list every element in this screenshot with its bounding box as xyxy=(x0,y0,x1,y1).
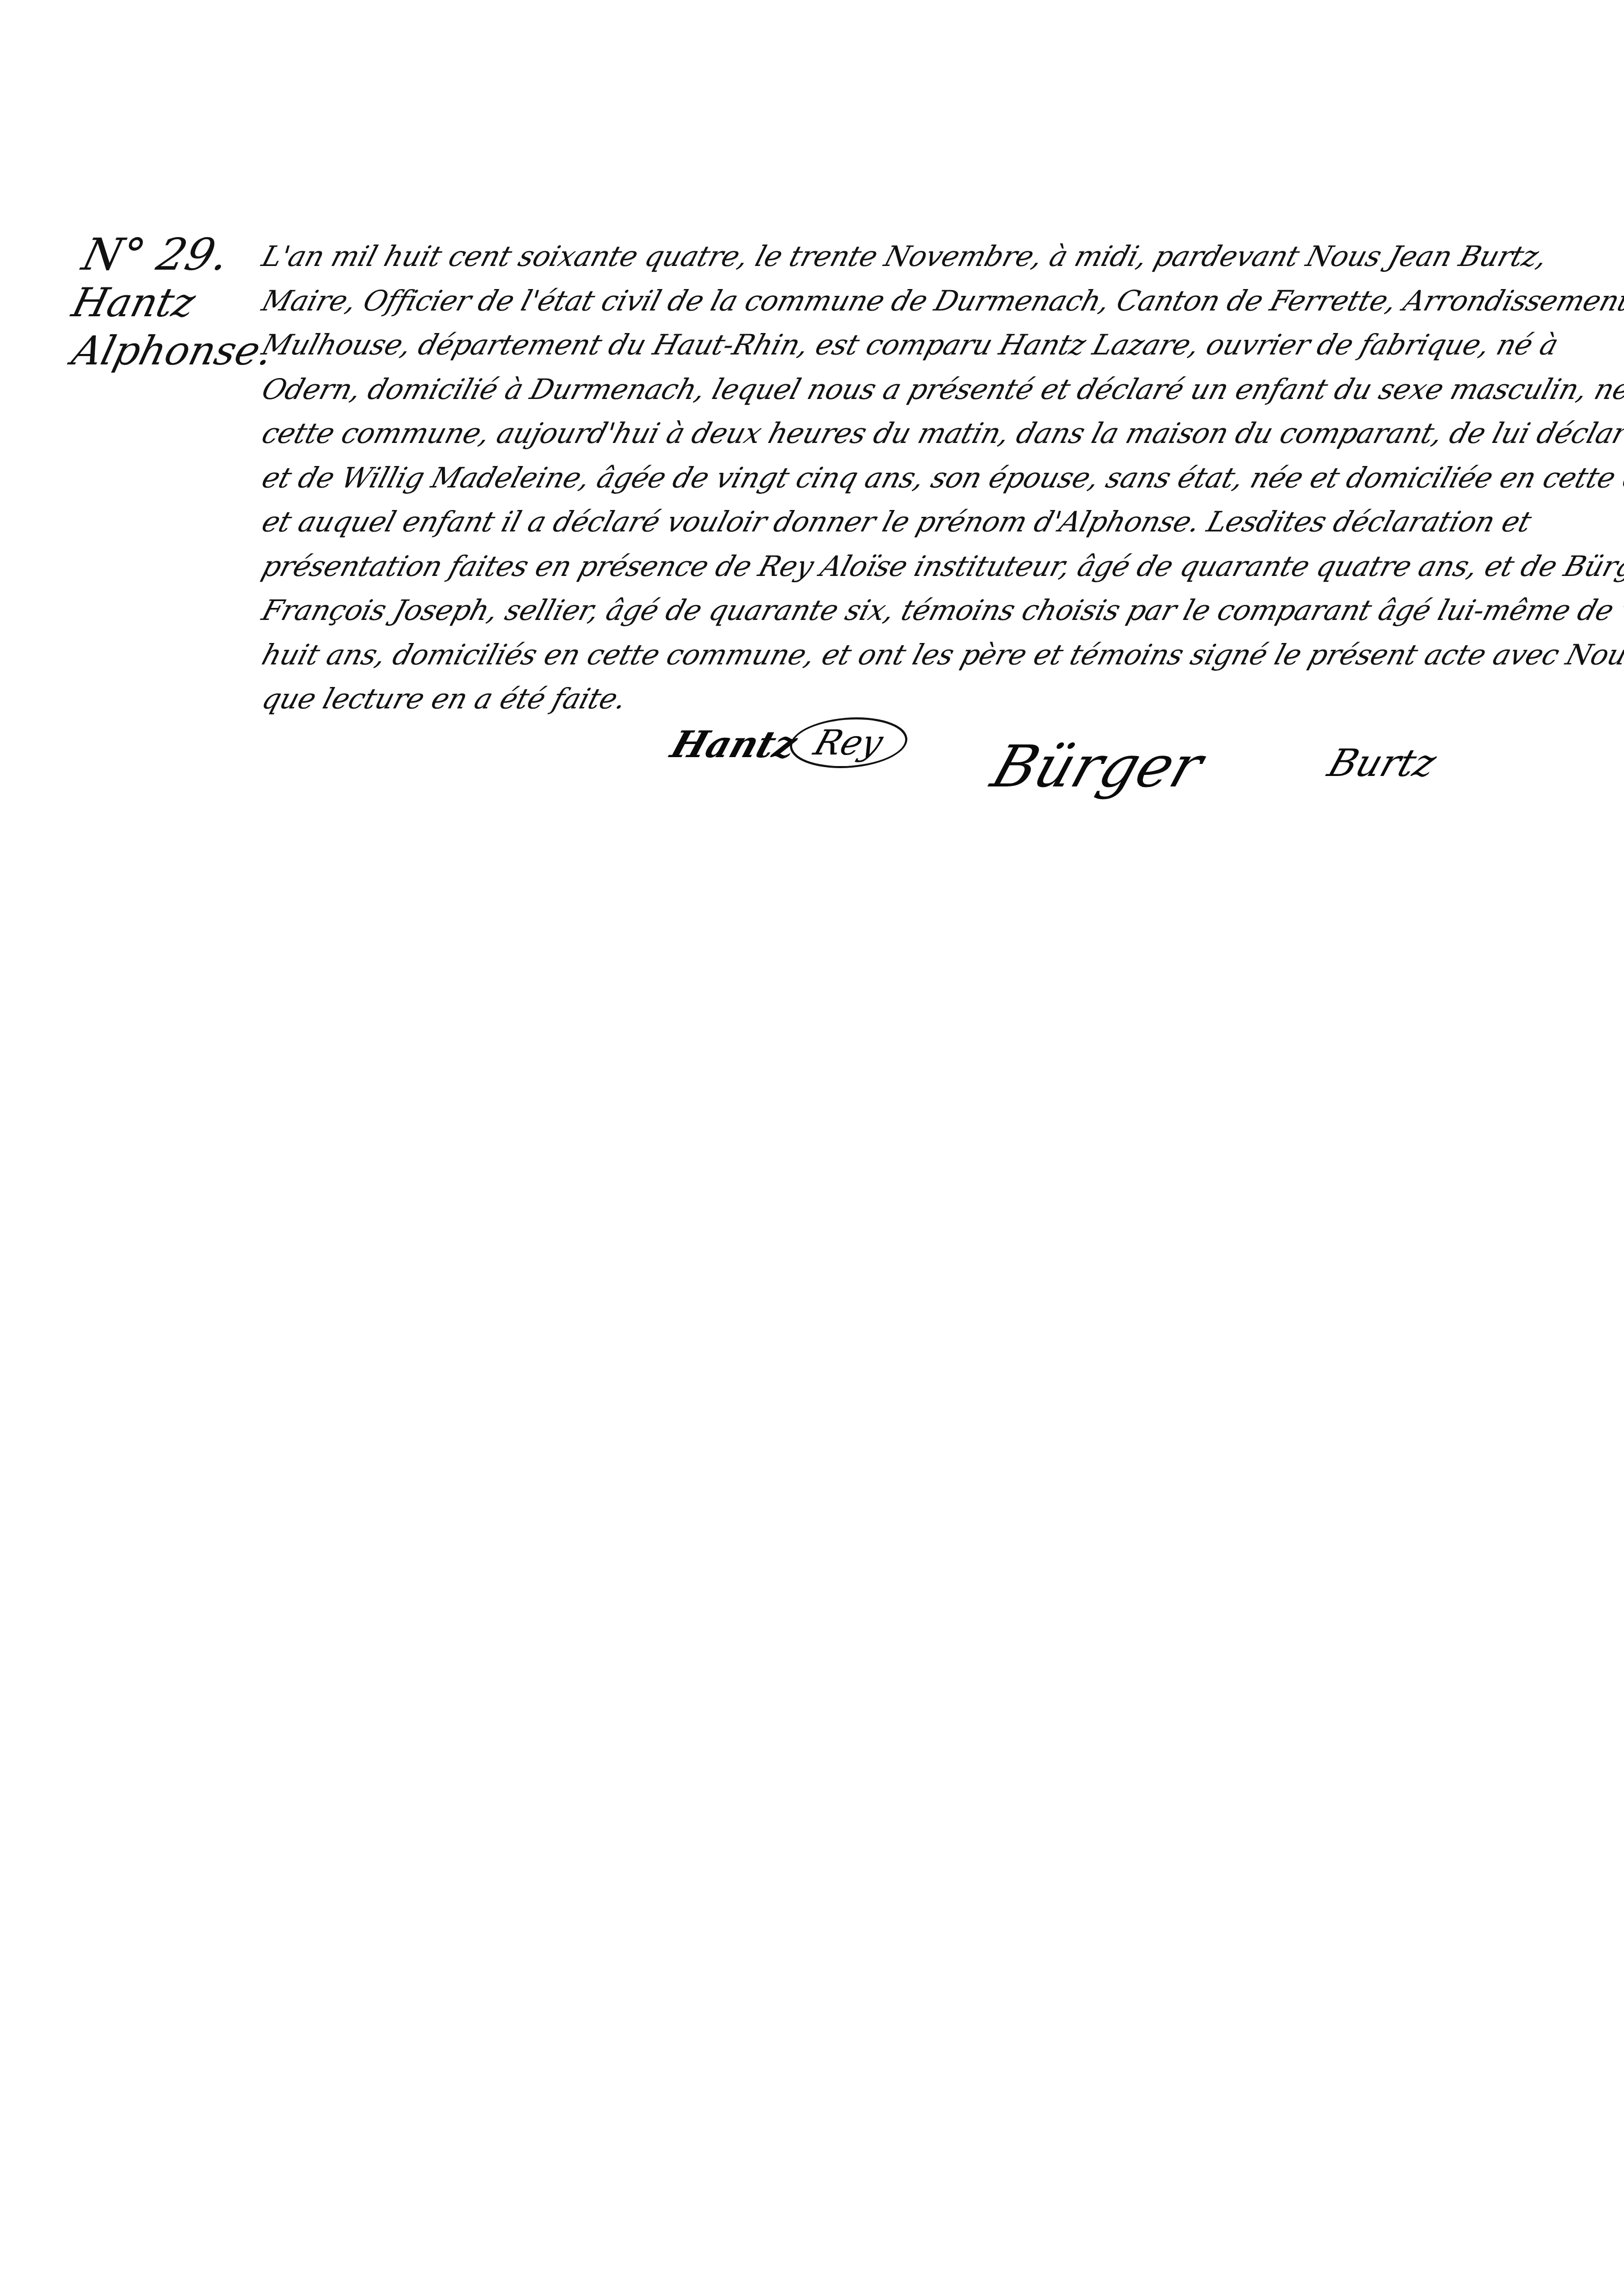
body-line: cette commune, aujourd'hui à deux heures… xyxy=(257,412,1536,456)
body-line: Mulhouse, département du Haut-Rhin, est … xyxy=(257,323,1536,368)
body-line: et de Willig Madeleine, âgée de vingt ci… xyxy=(257,456,1536,501)
signature-father: Hantz xyxy=(666,723,803,766)
signature-block: Hantz Rey Bürger Burtz xyxy=(0,712,1624,817)
body-line: François Joseph, sellier, âgé de quarant… xyxy=(257,589,1536,633)
body-line: huit ans, domiciliés en cette commune, e… xyxy=(257,633,1536,678)
body-line: Maire, Officier de l'état civil de la co… xyxy=(257,279,1536,324)
record-number: N° 29. xyxy=(68,230,252,279)
margin-given-name: Alphonse. xyxy=(68,327,252,375)
record-body: L'an mil huit cent soixante quatre, le t… xyxy=(257,235,1523,722)
signature-witness-burger: Bürger xyxy=(984,733,1211,800)
body-line: et auquel enfant il a déclaré vouloir do… xyxy=(257,500,1536,545)
margin-surname: Hantz xyxy=(68,279,252,327)
body-line: présentation faites en présence de Rey A… xyxy=(257,545,1536,589)
margin-note: N° 29. Hantz Alphonse. xyxy=(73,230,246,375)
body-line: L'an mil huit cent soixante quatre, le t… xyxy=(257,235,1536,279)
body-line: Odern, domicilié à Durmenach, lequel nou… xyxy=(257,368,1536,412)
signature-witness-rey: Rey xyxy=(782,717,915,768)
signature-mayor: Burtz xyxy=(1322,741,1442,785)
document-page: N° 29. Hantz Alphonse. L'an mil huit cen… xyxy=(0,0,1624,2296)
